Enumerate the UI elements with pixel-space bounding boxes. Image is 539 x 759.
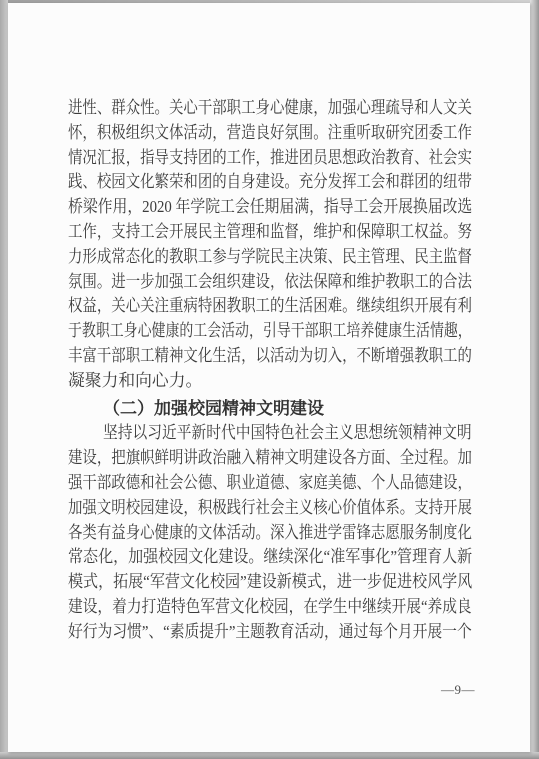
text-line: 模式，拓展“军营文化校园”建设新模式，进一步促进校风学风 [68, 570, 472, 595]
text-line: 强干部政德和社会公德、职业道德、家庭美德、个人品德建设， [68, 471, 472, 496]
text-line: 氛围。进一步加强工会组织建设，依法保障和维护教职工的合法 [68, 270, 472, 295]
text-line: 桥梁作用，2020 年学院工会任期届满，指导工会开展换届改选 [68, 195, 472, 220]
text-line: 建设，着力打造特色军营文化校园，在学生中继续开展“养成良 [68, 595, 472, 620]
text-line: 于教职工身心健康的工会活动，引导干部职工培养健康生活情趣， [68, 319, 472, 344]
text-line: 坚持以习近平新时代中国特色社会主义思想统领精神文明 [68, 421, 472, 446]
text-line: 践、校园文化繁荣和团的自身建设。充分发挥工会和群团的纽带 [68, 170, 472, 195]
text-line: 力形成常态化的教职工参与学院民主决策、民主管理、民主监督 [68, 245, 472, 270]
scan-edge-right [530, 0, 539, 759]
text-line: 情况汇报，指导支持团的工作，推进团员思想政治教育、社会实 [68, 146, 472, 171]
scan-edge-left [0, 0, 8, 759]
section-heading: （二）加强校园精神文明建设 [68, 397, 472, 422]
scan-edge-bottom [0, 752, 539, 759]
text-block: 进性、群众性。关心干部职工身心健康，加强心理疏导和人文关怀，积极组织文体活动，营… [68, 96, 472, 645]
text-line: 工作，支持工会开展民主管理和监督，维护和保障职工权益。努 [68, 220, 472, 245]
text-line: 各类有益身心健康的文体活动。深入推进学雷锋志愿服务制度化 [68, 521, 472, 546]
text-line: 权益，关心关注重病特困教职工的生活困难。继续组织开展有利 [68, 294, 472, 319]
text-line: 建设，把旗帜鲜明讲政治融入精神文明建设各方面、全过程。加 [68, 446, 472, 471]
text-line: 进性、群众性。关心干部职工身心健康，加强心理疏导和人文关 [68, 96, 472, 121]
text-line: 怀，积极组织文体活动，营造良好氛围。注重听取研究团委工作 [68, 121, 472, 146]
text-line: 丰富干部职工精神文化生活，以活动为切入，不断增强教职工的 [68, 344, 472, 369]
page-number: —9— [430, 682, 486, 697]
document-page: 进性、群众性。关心干部职工身心健康，加强心理疏导和人文关怀，积极组织文体活动，营… [8, 3, 530, 752]
text-line: 常态化，加强校园文化建设。继续深化“准军事化”管理育人新 [68, 545, 472, 570]
text-line: 好行为习惯”、“素质提升”主题教育活动，通过每个月开展一个 [68, 620, 472, 645]
text-line: 凝聚力和向心力。 [68, 369, 472, 394]
text-line: 加强文明校园建设，积极践行社会主义核心价值体系。支持开展 [68, 496, 472, 521]
